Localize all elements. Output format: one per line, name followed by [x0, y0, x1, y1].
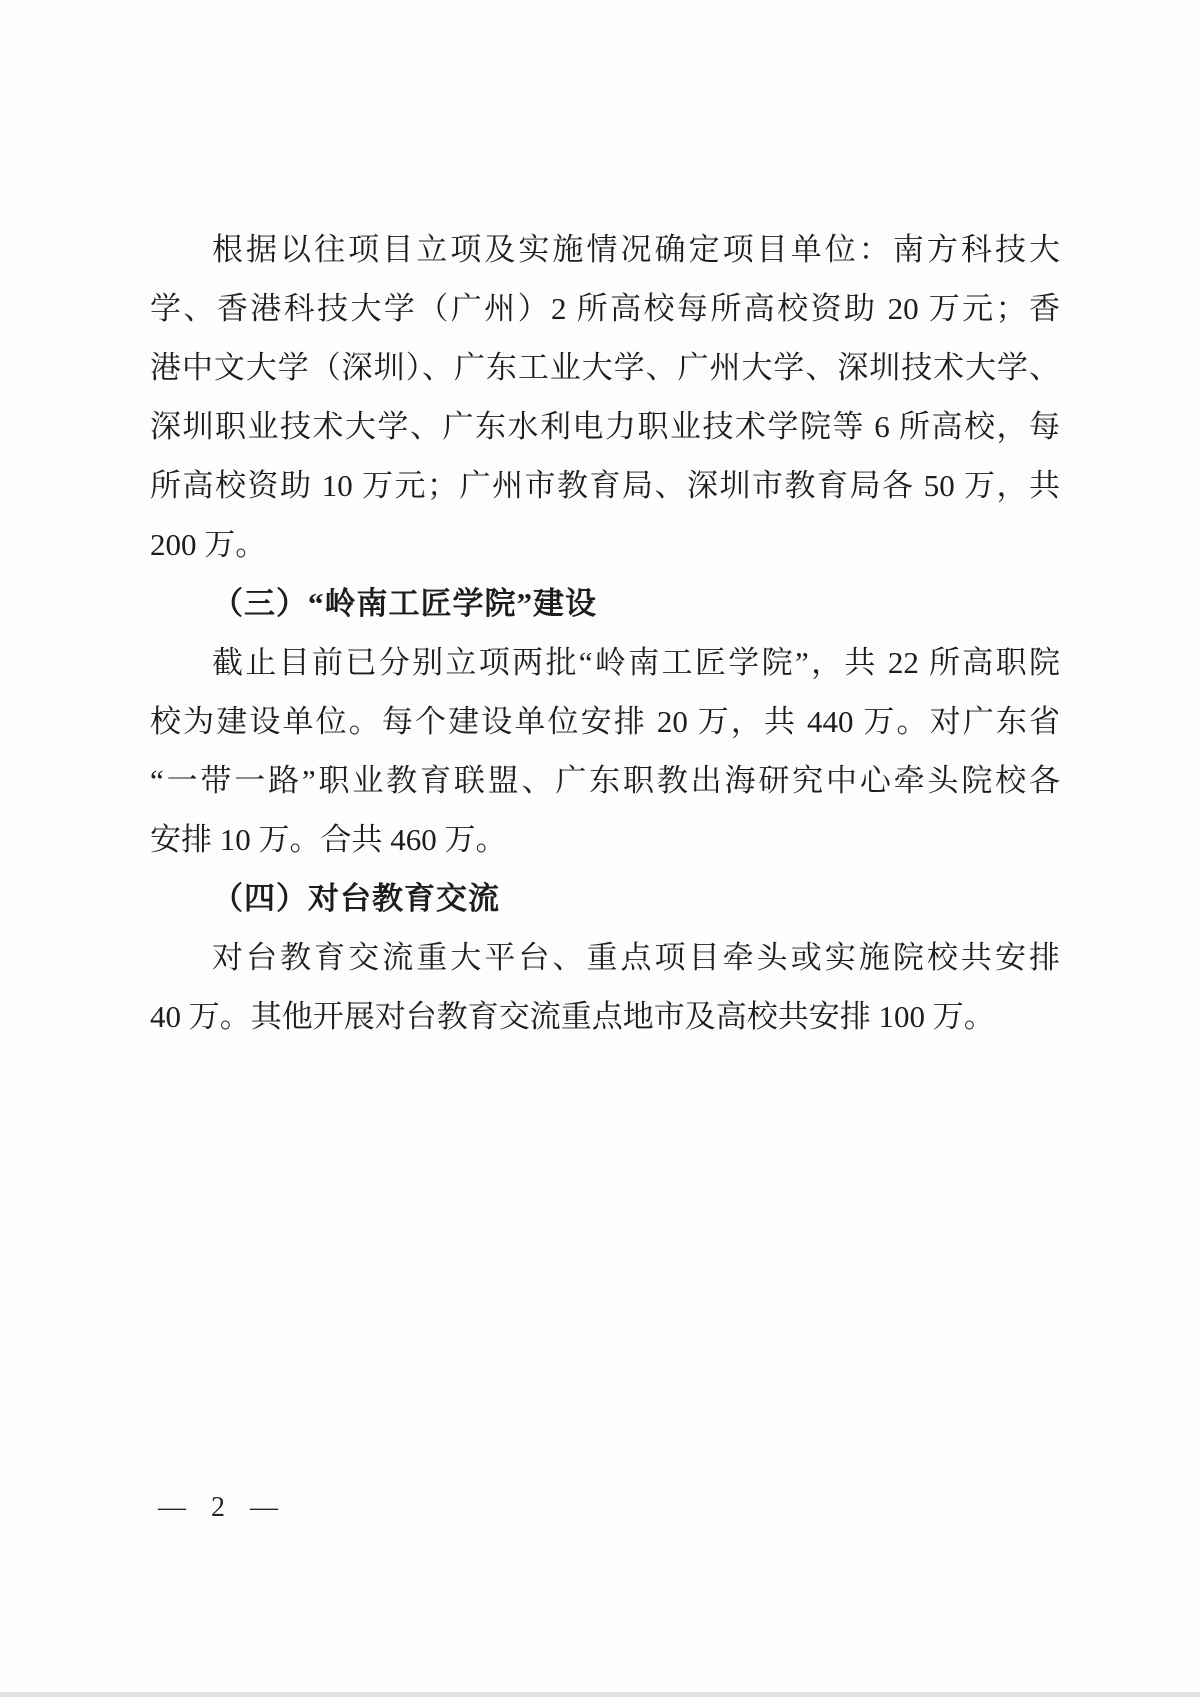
paragraph-line: 深圳职业技术大学、广东水利电力职业技术学院等 6 所高校，每	[150, 397, 1060, 456]
document-page: 根据以往项目立项及实施情况确定项目单位：南方科技大 学、香港科技大学（广州）2 …	[0, 0, 1200, 1697]
document-body: 根据以往项目立项及实施情况确定项目单位：南方科技大 学、香港科技大学（广州）2 …	[150, 220, 1060, 1046]
paragraph-line: 根据以往项目立项及实施情况确定项目单位：南方科技大	[150, 220, 1060, 279]
paragraph-line: 安排 10 万。合共 460 万。	[150, 810, 1060, 869]
paragraph-line: 截止目前已分别立项两批“岭南工匠学院”，共 22 所高职院	[150, 633, 1060, 692]
paragraph-line: 对台教育交流重大平台、重点项目牵头或实施院校共安排	[150, 928, 1060, 987]
page-number: — 2 —	[158, 1492, 287, 1524]
paragraph-line: 港中文大学（深圳）、广东工业大学、广州大学、深圳技术大学、	[150, 338, 1060, 397]
paragraph-line: 所高校资助 10 万元；广州市教育局、深圳市教育局各 50 万，共	[150, 456, 1060, 515]
paragraph-line: 学、香港科技大学（广州）2 所高校每所高校资助 20 万元；香	[150, 279, 1060, 338]
section-heading-3: （三）“岭南工匠学院”建设	[150, 574, 1060, 633]
paragraph-line: 200 万。	[150, 515, 1060, 574]
section-heading-4: （四）对台教育交流	[150, 869, 1060, 928]
paragraph-line: “一带一路”职业教育联盟、广东职教出海研究中心牵头院校各	[150, 751, 1060, 810]
paragraph-line: 校为建设单位。每个建设单位安排 20 万，共 440 万。对广东省	[150, 692, 1060, 751]
paragraph-line: 40 万。其他开展对台教育交流重点地市及高校共安排 100 万。	[150, 987, 1060, 1046]
scan-edge-artifact	[0, 1692, 1200, 1697]
